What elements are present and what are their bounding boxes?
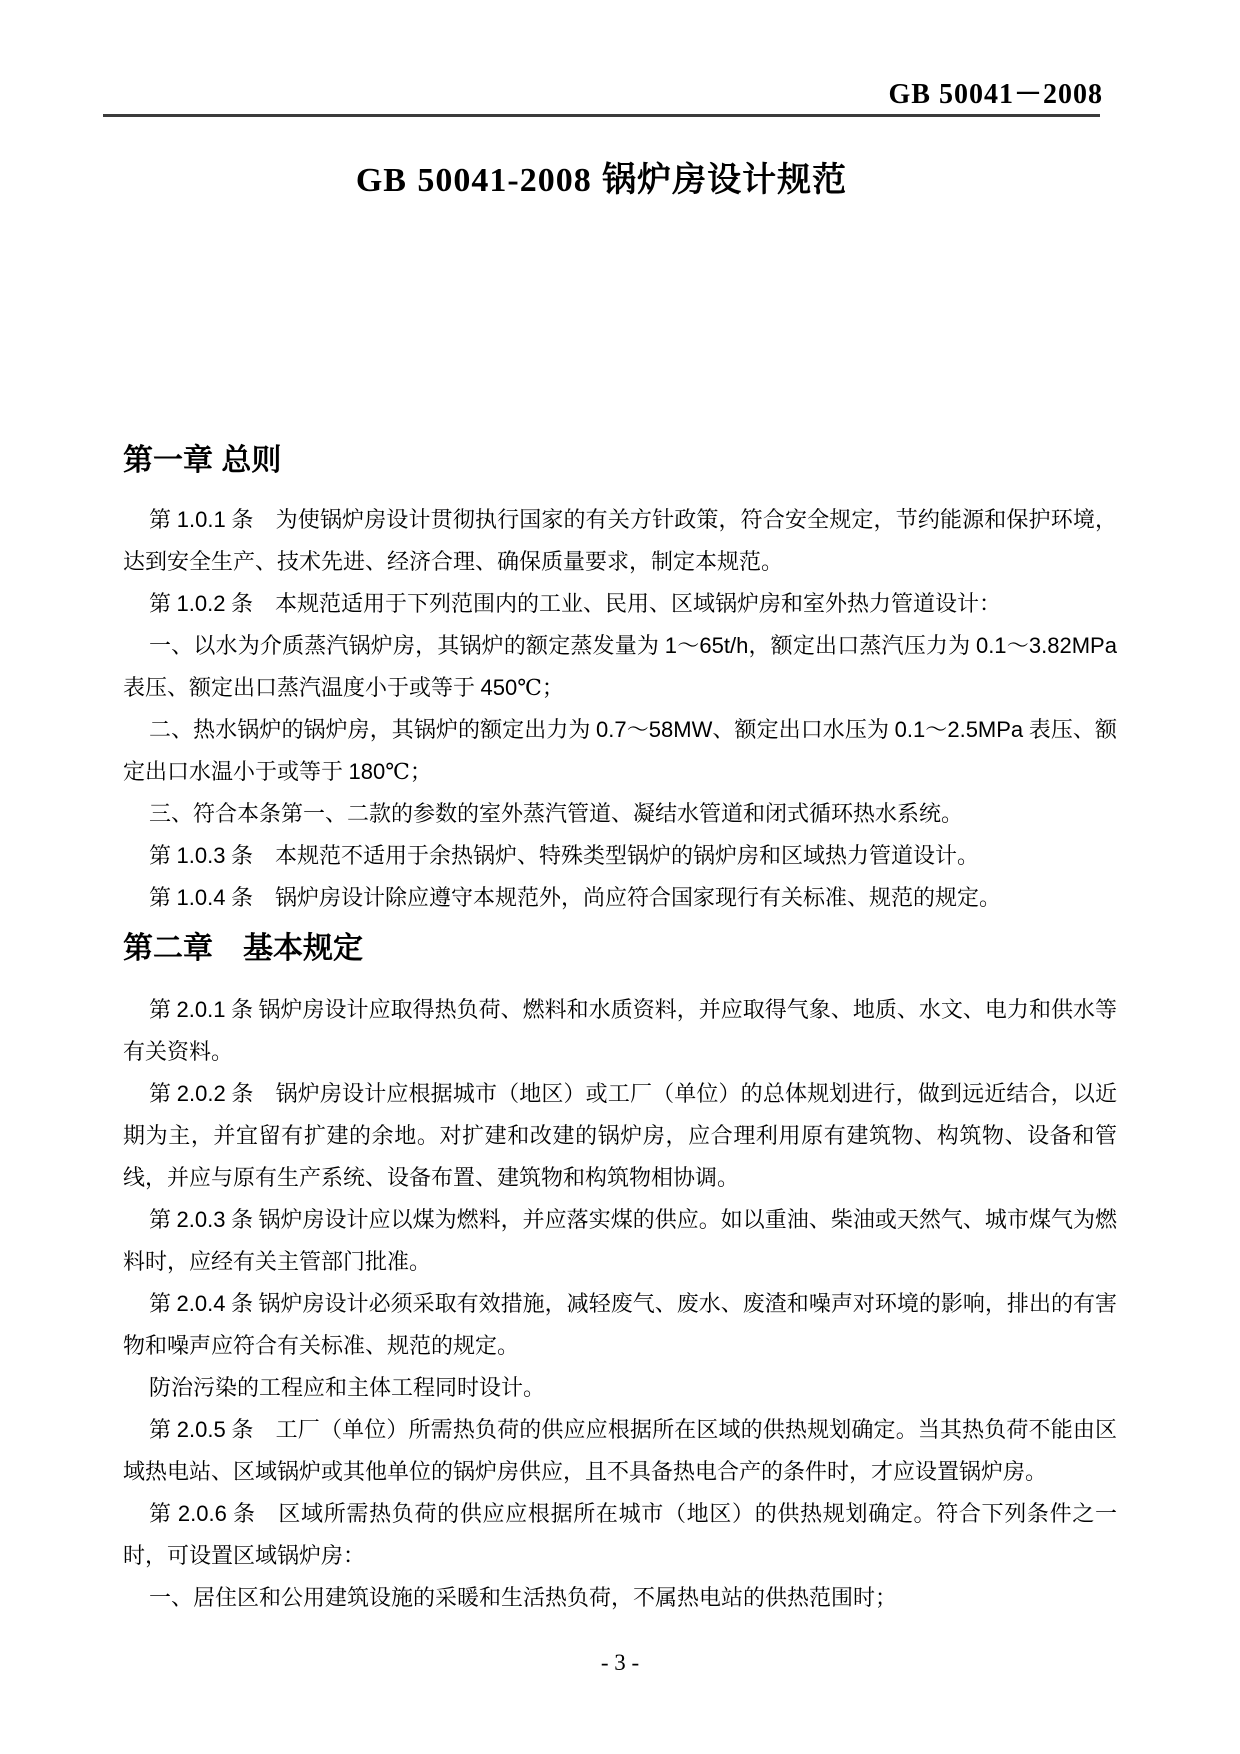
paragraph: 第 1.0.1 条 为使锅炉房设计贯彻执行国家的有关方针政策，符合安全规定，节约… xyxy=(123,499,1117,583)
document-page: GB 50041－2008 GB 50041-2008 锅炉房设计规范 第一章 … xyxy=(0,0,1240,1754)
page-number: - 3 - xyxy=(0,1650,1240,1676)
paragraph: 第 1.0.2 条 本规范适用于下列范围内的工业、民用、区域锅炉房和室外热力管道… xyxy=(123,583,1117,625)
chapter-section-2: 第二章 基本规定 第 2.0.1 条 锅炉房设计应取得热负荷、燃料和水质资料，并… xyxy=(123,931,1117,1619)
paragraph: 第 1.0.3 条 本规范不适用于余热锅炉、特殊类型锅炉的锅炉房和区域热力管道设… xyxy=(123,835,1117,877)
paragraph: 第 2.0.5 条 工厂（单位）所需热负荷的供应应根据所在区域的供热规划确定。当… xyxy=(123,1409,1117,1493)
paragraph: 第 2.0.2 条 锅炉房设计应根据城市（地区）或工厂（单位）的总体规划进行，做… xyxy=(123,1073,1117,1199)
paragraph: 防治污染的工程应和主体工程同时设计。 xyxy=(123,1367,1117,1409)
paragraph: 第 2.0.4 条 锅炉房设计必须采取有效措施，减轻废气、废水、废渣和噪声对环境… xyxy=(123,1283,1117,1367)
paragraph: 一、居住区和公用建筑设施的采暖和生活热负荷，不属热电站的供热范围时； xyxy=(123,1577,1117,1619)
paragraph: 第 2.0.3 条 锅炉房设计应以煤为燃料，并应落实煤的供应。如以重油、柴油或天… xyxy=(123,1199,1117,1283)
document-title: GB 50041-2008 锅炉房设计规范 xyxy=(103,152,1100,201)
chapter-paragraphs: 第 1.0.1 条 为使锅炉房设计贯彻执行国家的有关方针政策，符合安全规定，节约… xyxy=(123,499,1117,919)
paragraph: 三、符合本条第一、二款的参数的室外蒸汽管道、凝结水管道和闭式循环热水系统。 xyxy=(123,793,1117,835)
paragraph: 一、以水为介质蒸汽锅炉房，其锅炉的额定蒸发量为 1～65t/h，额定出口蒸汽压力… xyxy=(123,625,1117,709)
chapter-section-1: 第一章 总则 第 1.0.1 条 为使锅炉房设计贯彻执行国家的有关方针政策，符合… xyxy=(123,443,1117,919)
paragraph: 第 1.0.4 条 锅炉房设计除应遵守本规范外，尚应符合国家现行有关标准、规范的… xyxy=(123,877,1117,919)
paragraph: 二、热水锅炉的锅炉房，其锅炉的额定出力为 0.7～58MW、额定出口水压为 0.… xyxy=(123,709,1117,793)
header-rule xyxy=(103,114,1100,117)
paragraph: 第 2.0.1 条 锅炉房设计应取得热负荷、燃料和水质资料，并应取得气象、地质、… xyxy=(123,989,1117,1073)
chapter-heading: 第二章 基本规定 xyxy=(123,931,1117,967)
chapter-heading: 第一章 总则 xyxy=(123,443,1117,479)
paragraph: 第 2.0.6 条 区域所需热负荷的供应应根据所在城市（地区）的供热规划确定。符… xyxy=(123,1493,1117,1577)
document-body: 第一章 总则 第 1.0.1 条 为使锅炉房设计贯彻执行国家的有关方针政策，符合… xyxy=(123,443,1117,1619)
chapter-paragraphs: 第 2.0.1 条 锅炉房设计应取得热负荷、燃料和水质资料，并应取得气象、地质、… xyxy=(123,989,1117,1619)
header-standard-code: GB 50041－2008 xyxy=(103,72,1103,112)
